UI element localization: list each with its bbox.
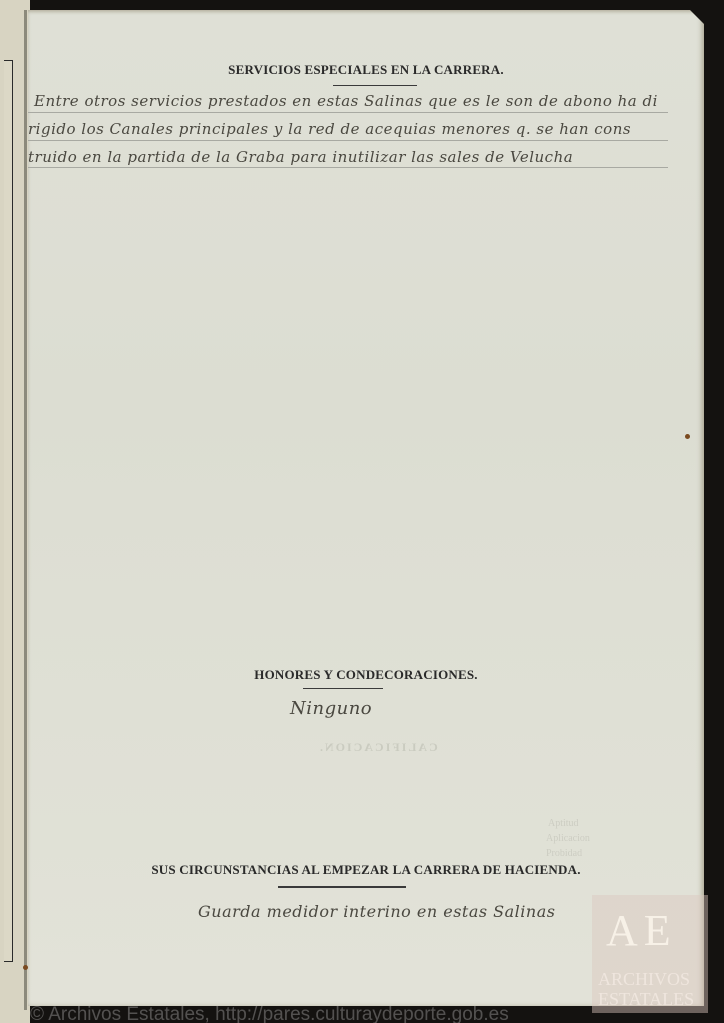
folded-corner bbox=[690, 10, 704, 24]
paper-stain bbox=[685, 434, 690, 439]
document-page: SERVICIOS ESPECIALES EN LA CARRERA. Entr… bbox=[28, 10, 704, 1006]
bleed-through-label: Aplicacion bbox=[546, 833, 590, 844]
logo-letters: AE bbox=[606, 905, 677, 956]
handwritten-signature: Ninguno bbox=[290, 698, 372, 719]
left-frame-border bbox=[4, 60, 13, 962]
bleed-through-label: Probidad bbox=[546, 848, 582, 859]
title-underline bbox=[278, 886, 406, 888]
section-title-servicios: SERVICIOS ESPECIALES EN LA CARRERA. bbox=[28, 62, 704, 78]
page-spine-line bbox=[24, 10, 27, 1010]
archivos-estatales-logo: AE ARCHIVOS ESTATALES bbox=[592, 895, 708, 1013]
handwritten-line: truido en la partida de la Graba para in… bbox=[28, 148, 573, 166]
handwritten-line: Guarda medidor interino en estas Salinas bbox=[198, 902, 555, 921]
handwritten-line: Entre otros servicios prestados en estas… bbox=[34, 92, 658, 110]
copyright-watermark: © Archivos Estatales, http://pares.cultu… bbox=[30, 1004, 509, 1023]
ruled-line bbox=[28, 140, 668, 141]
ruled-line bbox=[28, 167, 668, 168]
logo-line1: ARCHIVOS bbox=[598, 969, 690, 990]
title-underline bbox=[303, 688, 383, 689]
title-underline bbox=[333, 85, 417, 86]
section-title-circunstancias: SUS CIRCUNSTANCIAS AL EMPEZAR LA CARRERA… bbox=[28, 862, 704, 878]
ruled-line bbox=[28, 112, 668, 113]
bleed-through-heading: CALIFICACION. bbox=[318, 740, 438, 755]
paper-stain bbox=[23, 965, 28, 970]
bleed-through-label: Aptitud bbox=[548, 818, 579, 829]
logo-line2: ESTATALES bbox=[598, 989, 694, 1010]
section-title-honores: HONORES Y CONDECORACIONES. bbox=[28, 667, 704, 683]
handwritten-line: rigido los Canales principales y la red … bbox=[28, 120, 631, 138]
